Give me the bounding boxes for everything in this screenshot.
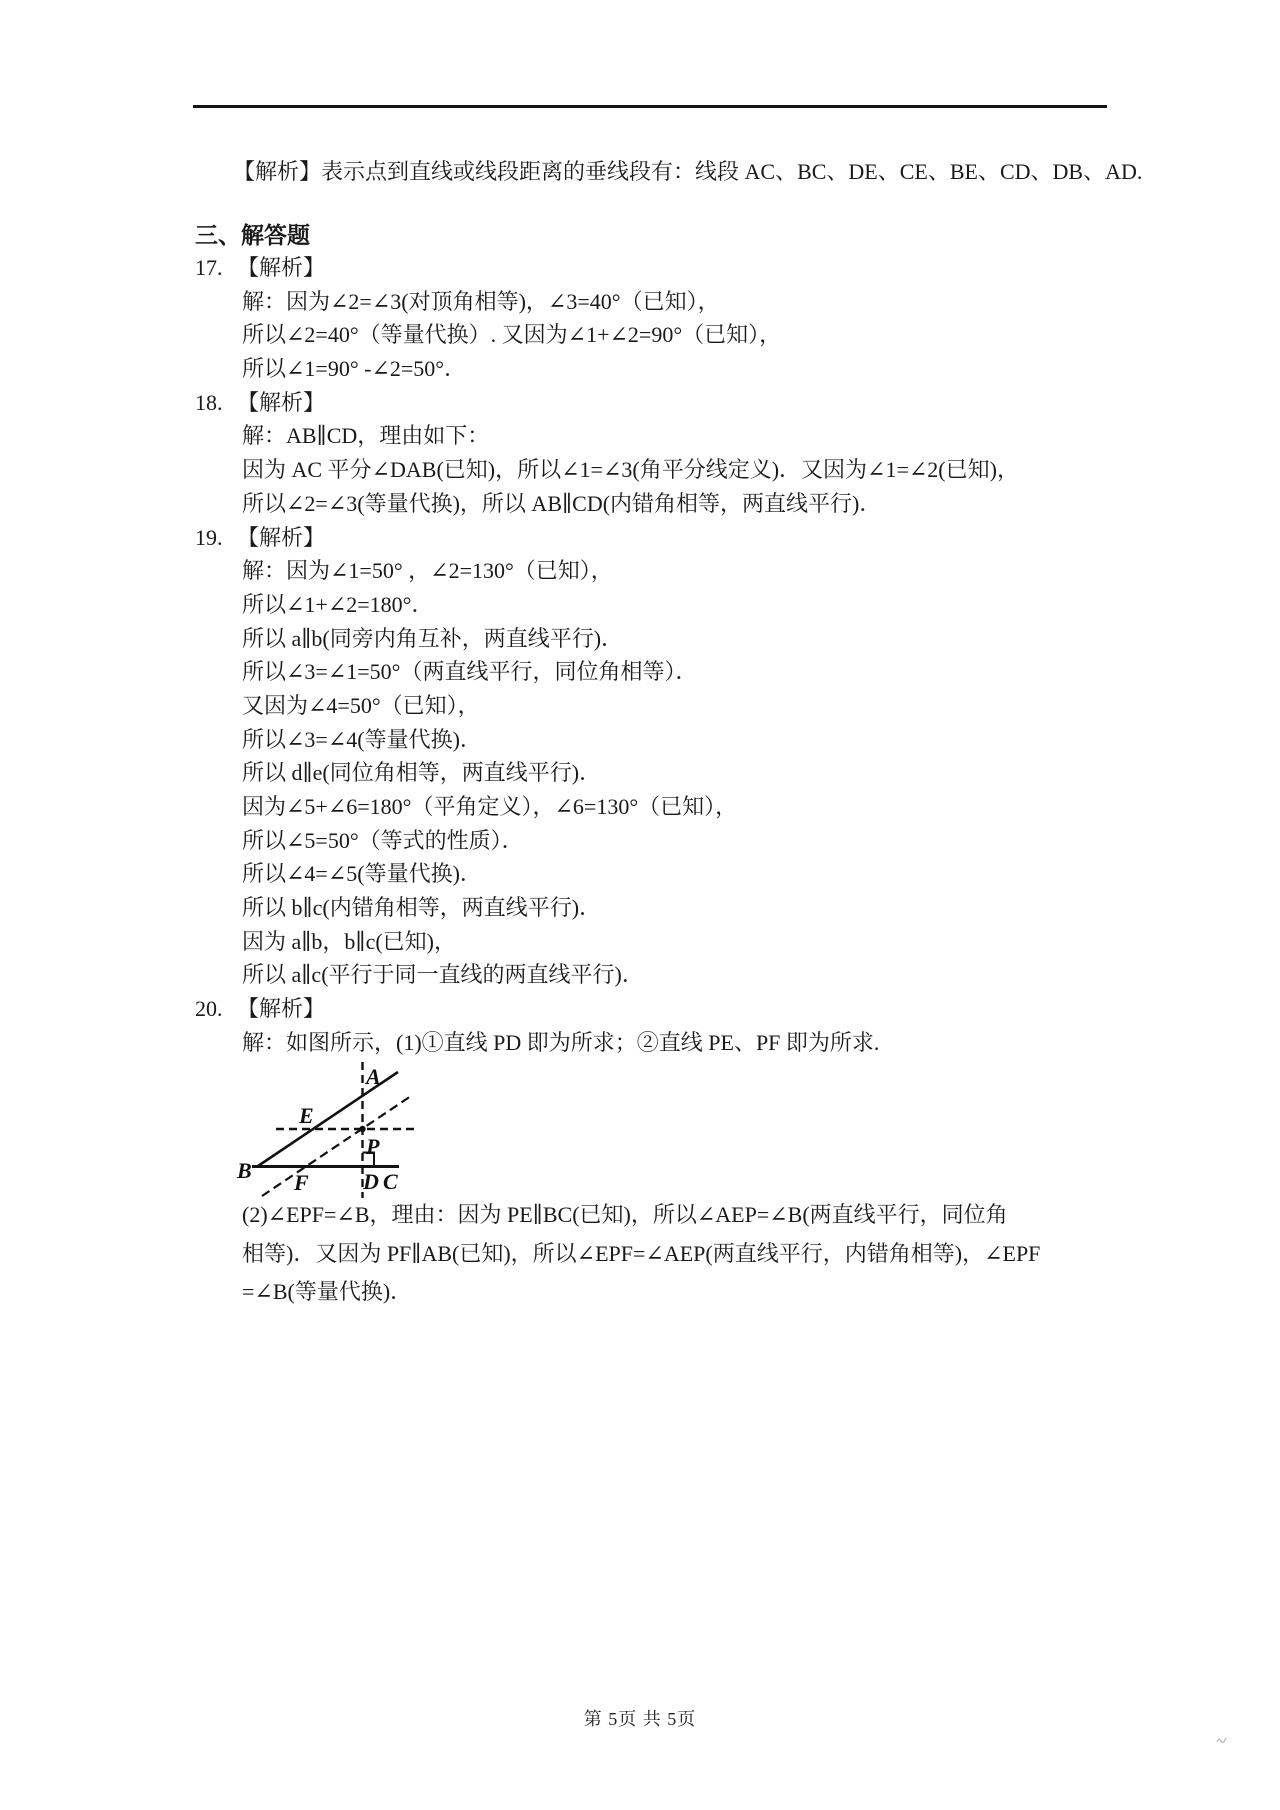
solution-line: 所以∠2=40°（等量代换）. 又因为∠1+∠2=90°（已知）， xyxy=(195,318,1155,352)
solution-text: 因为 a∥b，b∥c(已知)， xyxy=(242,925,456,959)
solution-text: 又因为∠4=50°（已知）， xyxy=(242,689,480,723)
problem-20-part2: (2)∠EPF=∠B，理由：因为 PE∥BC(已知)，所以∠AEP=∠B(两直线… xyxy=(242,1196,1142,1312)
solution-line: =∠B(等量代换)． xyxy=(242,1273,1142,1312)
solution-line: 所以 a∥c(平行于同一直线的两直线平行)． xyxy=(195,958,1155,992)
analysis-tag: 【解析】 xyxy=(237,992,325,1026)
analysis-tag: 【解析】 xyxy=(237,521,325,555)
corner-smudge-mark xyxy=(1216,1734,1228,1744)
solution-line: 解：因为∠2=∠3(对顶角相等)，∠3=40°（已知）， xyxy=(195,285,1155,319)
solution-text: 解：因为∠1=50° ，∠2=130°（已知）， xyxy=(242,554,613,588)
solution-text: 解：因为∠2=∠3(对顶角相等)，∠3=40°（已知）， xyxy=(242,285,720,319)
solution-line: 解：AB∥CD，理由如下： xyxy=(195,419,1155,453)
solution-line: 相等)．又因为 PF∥AB(已知)，所以∠EPF=∠AEP(两直线平行，内错角相… xyxy=(242,1235,1142,1274)
label-B: B xyxy=(236,1158,252,1183)
problem-20-header: 20. 【解析】 xyxy=(195,992,1155,1026)
solution-text: 所以 a∥b(同旁内角互补，两直线平行)． xyxy=(242,622,623,656)
problem-number: 20. xyxy=(195,992,237,1026)
solution-line: 解：因为∠1=50° ，∠2=130°（已知）， xyxy=(195,554,1155,588)
solution-line: 所以∠1=90° -∠2=50°． xyxy=(195,352,1155,386)
solution-text: 所以∠5=50°（等式的性质）． xyxy=(242,824,524,858)
solution-text: 所以 b∥c(内错角相等，两直线平行)． xyxy=(242,891,601,925)
section-heading: 三、解答题 xyxy=(195,221,310,251)
solution-line: 又因为∠4=50°（已知）， xyxy=(195,689,1155,723)
problem-19-header: 19. 【解析】 xyxy=(195,521,1155,555)
page-footer: 第 5页 共 5页 xyxy=(0,1705,1280,1731)
problem-list: 17. 【解析】 解：因为∠2=∠3(对顶角相等)，∠3=40°（已知）， 所以… xyxy=(195,251,1155,1060)
analysis-tag: 【解析】 xyxy=(237,386,325,420)
intro-analysis-line: 【解析】表示点到直线或线段距离的垂线段有：线段 AC、BC、DE、CE、BE、C… xyxy=(233,158,1163,186)
solution-text: 所以∠1+∠2=180°． xyxy=(242,588,433,622)
solution-line: (2)∠EPF=∠B，理由：因为 PE∥BC(已知)，所以∠AEP=∠B(两直线… xyxy=(242,1196,1142,1235)
geometry-figure: A E P B F D C xyxy=(235,1058,430,1203)
problem-17-header: 17. 【解析】 xyxy=(195,251,1155,285)
solution-text: 所以 a∥c(平行于同一直线的两直线平行)． xyxy=(242,958,644,992)
solution-line: 因为∠5+∠6=180°（平角定义），∠6=130°（已知）， xyxy=(195,790,1155,824)
solution-text: 因为 AC 平分∠DAB(已知)，所以∠1=∠3(角平分线定义)．又因为∠1=∠… xyxy=(242,453,1019,487)
header-rule xyxy=(193,105,1107,108)
solution-text: 所以∠4=∠5(等量代换)． xyxy=(242,857,482,891)
solution-line: 所以∠1+∠2=180°． xyxy=(195,588,1155,622)
problem-number: 18. xyxy=(195,386,237,420)
solution-text: 解：如图所示，(1)①直线 PD 即为所求；②直线 PE、PF 即为所求. xyxy=(242,1026,879,1060)
problem-number: 17. xyxy=(195,251,237,285)
label-P: P xyxy=(365,1134,380,1159)
label-A: A xyxy=(364,1064,381,1089)
point-P-dot xyxy=(359,1126,365,1132)
solution-text: 解：AB∥CD，理由如下： xyxy=(242,419,489,453)
solution-text: 所以∠3=∠1=50°（两直线平行，同位角相等）． xyxy=(242,655,697,689)
label-C: C xyxy=(383,1169,398,1194)
solution-line: 所以 a∥b(同旁内角互补，两直线平行)． xyxy=(195,622,1155,656)
solution-line: 所以∠3=∠1=50°（两直线平行，同位角相等）． xyxy=(195,655,1155,689)
geometry-figure-svg: A E P B F D C xyxy=(235,1058,430,1203)
solution-line: 所以∠4=∠5(等量代换)． xyxy=(195,857,1155,891)
solution-line: 所以 d∥e(同位角相等，两直线平行)． xyxy=(195,756,1155,790)
problem-number: 19. xyxy=(195,521,237,555)
label-E: E xyxy=(298,1103,314,1128)
label-F: F xyxy=(293,1170,309,1195)
solution-line: 因为 a∥b，b∥c(已知)， xyxy=(195,925,1155,959)
solution-line: 解：如图所示，(1)①直线 PD 即为所求；②直线 PE、PF 即为所求. xyxy=(195,1026,1155,1060)
solution-text: 所以∠1=90° -∠2=50°． xyxy=(242,352,466,386)
solution-line: 所以∠3=∠4(等量代换)． xyxy=(195,723,1155,757)
solution-text: 因为∠5+∠6=180°（平角定义），∠6=130°（已知）， xyxy=(242,790,737,824)
solution-text: 所以∠3=∠4(等量代换)． xyxy=(242,723,482,757)
document-page: 【解析】表示点到直线或线段距离的垂线段有：线段 AC、BC、DE、CE、BE、C… xyxy=(0,0,1280,1810)
solution-line: 所以∠2=∠3(等量代换)，所以 AB∥CD(内错角相等，两直线平行)． xyxy=(195,487,1155,521)
solution-text: 所以∠2=40°（等量代换）. 又因为∠1+∠2=90°（已知）， xyxy=(242,318,781,352)
solution-line: 所以∠5=50°（等式的性质）． xyxy=(195,824,1155,858)
solution-line: 所以 b∥c(内错角相等，两直线平行)． xyxy=(195,891,1155,925)
solution-line: 因为 AC 平分∠DAB(已知)，所以∠1=∠3(角平分线定义)．又因为∠1=∠… xyxy=(195,453,1155,487)
solution-text: 所以∠2=∠3(等量代换)，所以 AB∥CD(内错角相等，两直线平行)． xyxy=(242,487,881,521)
solution-text: 所以 d∥e(同位角相等，两直线平行)． xyxy=(242,756,601,790)
problem-18-header: 18. 【解析】 xyxy=(195,386,1155,420)
analysis-tag: 【解析】 xyxy=(237,251,325,285)
label-D: D xyxy=(362,1169,379,1194)
